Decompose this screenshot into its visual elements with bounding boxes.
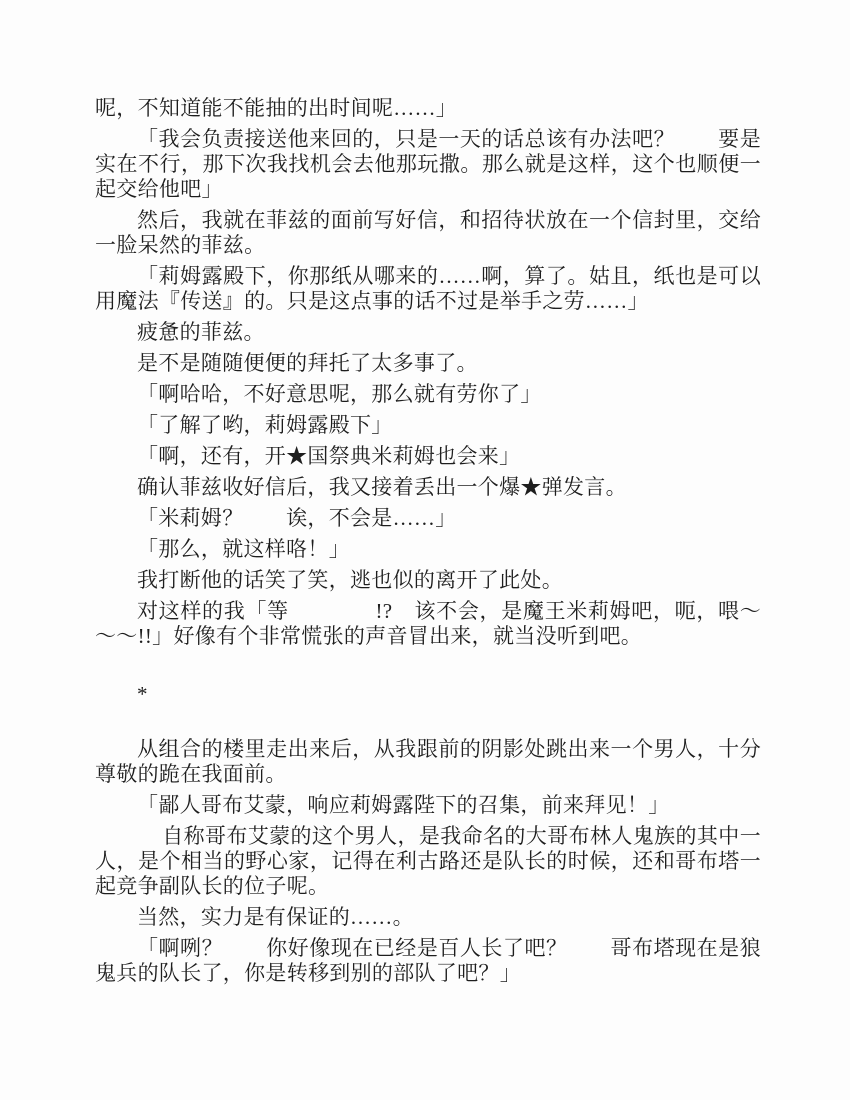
paragraph-text: 「了解了哟，莉姆露殿下」: [95, 413, 761, 438]
paragraph-text: 对这样的我「等 !? 该不会，是魔王米莉姆吧，呃，喂～～～!!」好像有个非常慌张…: [95, 599, 761, 649]
paragraph-text: 确认菲兹收好信后，我又接着丢出一个爆★弹发言。: [95, 475, 761, 500]
section-separator: *: [95, 682, 761, 707]
paragraph-text: 疲惫的菲兹。: [95, 320, 761, 345]
novel-page: 呢，不知道能不能抽的出时间呢……」「我会负责接送他来回的，只是一天的话总该有办法…: [0, 0, 850, 1100]
paragraph-text: 我打断他的话笑了笑，逃也似的离开了此处。: [95, 568, 761, 593]
paragraph-text: 自称哥布艾蒙的这个男人，是我命名的大哥布林人鬼族的其中一人，是个相当的野心家，记…: [95, 824, 761, 899]
paragraph-text: 「啊，还有，开★国祭典米莉姆也会来」: [95, 444, 761, 469]
paragraph-text: 「那么，就这样咯！」: [95, 537, 761, 562]
paragraph-text: 呢，不知道能不能抽的出时间呢……」: [95, 96, 761, 121]
paragraph-text: 「米莉姆？ 诶，不会是……」: [95, 506, 761, 531]
paragraph-text: 从组合的楼里走出来后，从我跟前的阴影处跳出来一个男人，十分尊敬的跪在我面前。: [95, 737, 761, 787]
paragraph-text: 「莉姆露殿下，你那纸从哪来的……啊，算了。姑且，纸也是可以用魔法『传送』的。只是…: [95, 264, 761, 314]
paragraph-text: 「啊哈哈，不好意思呢，那么就有劳你了」: [95, 382, 761, 407]
paragraph-text: 「鄙人哥布艾蒙，响应莉姆露陛下的召集，前来拜见！」: [95, 793, 761, 818]
novel-text-body: 呢，不知道能不能抽的出时间呢……」「我会负责接送他来回的，只是一天的话总该有办法…: [95, 96, 761, 992]
paragraph-text: 然后，我就在菲兹的面前写好信，和招待状放在一个信封里，交给一脸呆然的菲兹。: [95, 208, 761, 258]
paragraph-text: 「我会负责接送他来回的，只是一天的话总该有办法吧？ 要是实在不行，那下次我找机会…: [95, 127, 761, 202]
paragraph-text: 「啊咧？ 你好像现在已经是百人长了吧？ 哥布塔现在是狼鬼兵的队长了，你是转移到别…: [95, 936, 761, 986]
paragraph-text: 是不是随随便便的拜托了太多事了。: [95, 351, 761, 376]
paragraph-text: 当然，实力是有保证的……。: [95, 905, 761, 930]
